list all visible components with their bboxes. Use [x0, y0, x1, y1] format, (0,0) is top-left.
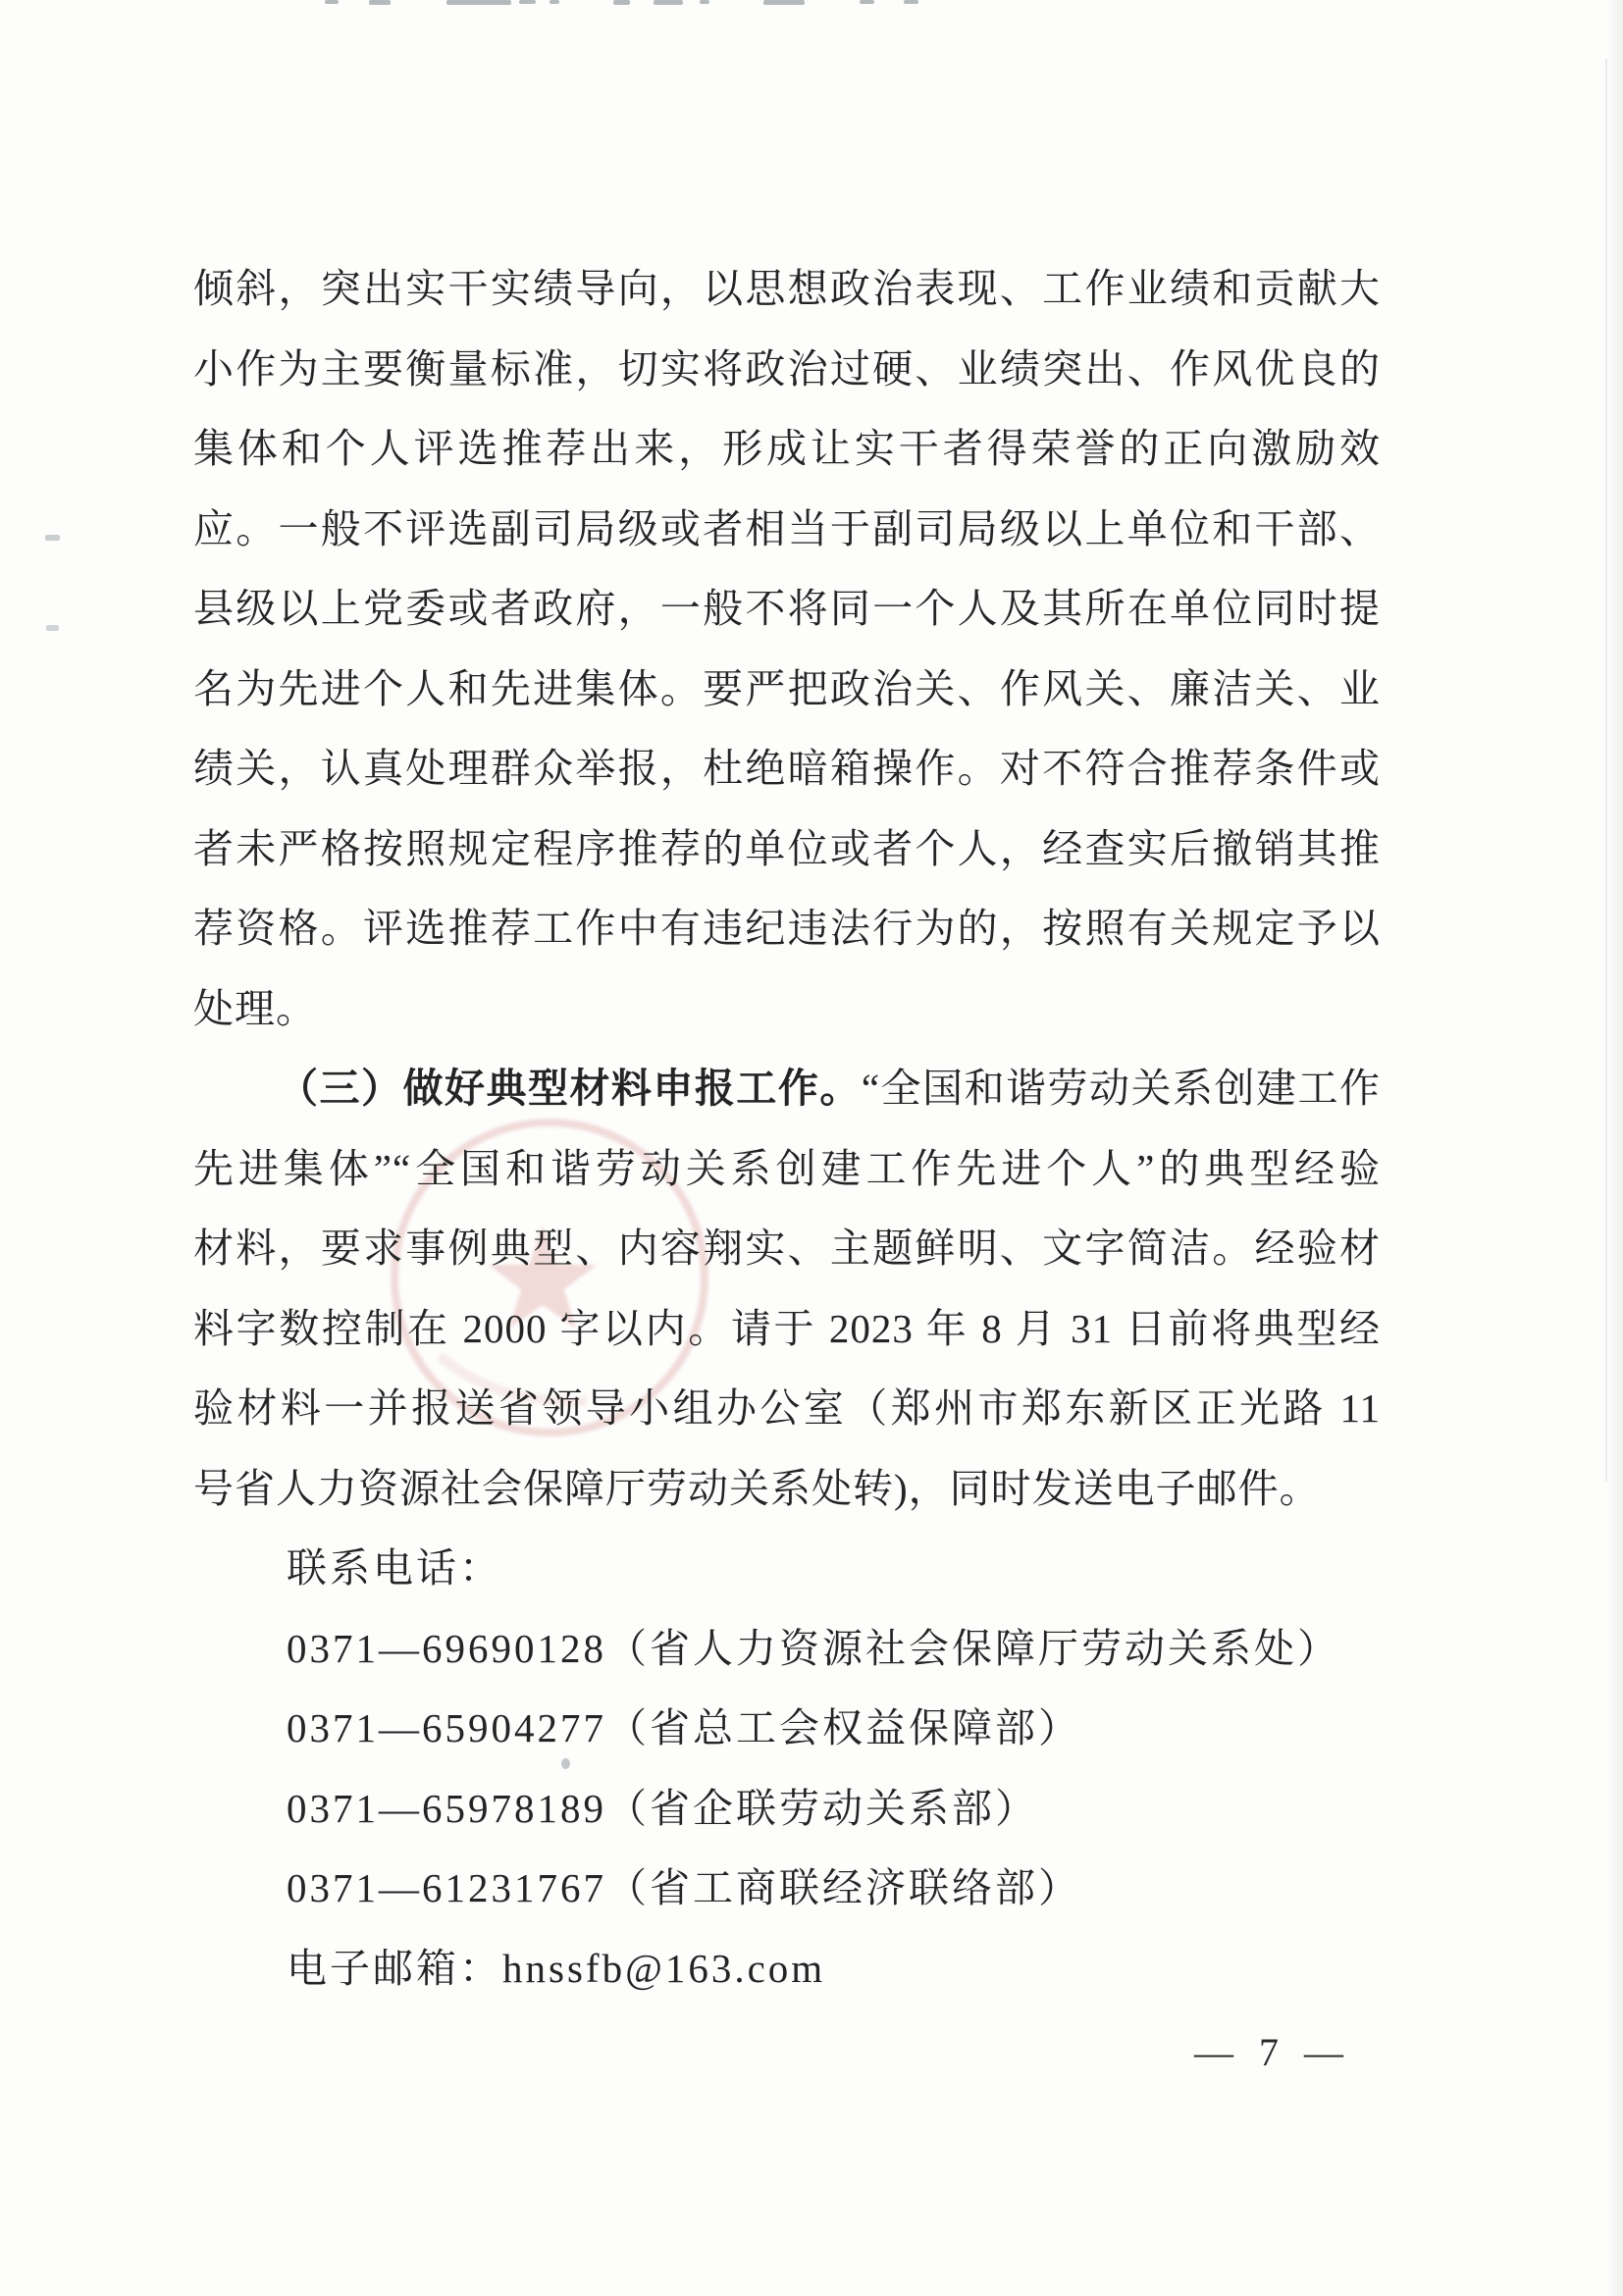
scan-artifact — [369, 0, 391, 5]
body-line: 集体和个人评选推荐出来，形成让实干者得荣誉的正向激励效 — [193, 409, 1381, 490]
phone-line: 0371—61231767（省工商联经济联络部） — [193, 1849, 1381, 1929]
phone-line: 0371—65978189（省企联劳动关系部） — [193, 1769, 1381, 1850]
scan-artifact — [46, 625, 59, 631]
scan-artifact — [613, 0, 630, 5]
page-number: — 7 — — [1166, 2023, 1372, 2082]
body-line: 处理。 — [193, 969, 1381, 1050]
email-label: 电子邮箱： — [287, 1946, 502, 1991]
phone-line: 0371—65904277（省总工会权益保障部） — [193, 1689, 1381, 1769]
body-line: 验材料一并报送省领导小组办公室（郑州市郑东新区正光路 11 — [193, 1369, 1381, 1449]
scan-artifact — [860, 0, 874, 4]
paragraph-heading: （三）做好典型材料申报工作。 — [278, 1066, 862, 1111]
scan-artifact — [904, 0, 918, 4]
scan-artifact — [446, 0, 511, 5]
scanned-document-page: 倾斜，突出实干实绩导向，以思想政治表现、工作业绩和贡献大 小作为主要衡量标准，切… — [0, 0, 1623, 2296]
body-line: 应。一般不评选副司局级或者相当于副司局级以上单位和干部、 — [193, 490, 1381, 570]
scan-artifact — [654, 0, 683, 5]
body-line: 者未严格按照规定程序推荐的单位或者个人，经查实后撤销其推 — [193, 809, 1381, 890]
body-line: 县级以上党委或者政府，一般不将同一个人及其所在单位同时提 — [193, 569, 1381, 650]
body-line: 材料，要求事例典型、内容翔实、主题鲜明、文字简洁。经验材 — [193, 1209, 1381, 1289]
scan-artifact — [700, 0, 709, 4]
body-line: 荐资格。评选推荐工作中有违纪违法行为的，按照有关规定予以 — [193, 889, 1381, 969]
heading-line-rest: “全国和谐劳动关系创建工作 — [862, 1066, 1381, 1111]
scan-artifact — [550, 0, 559, 4]
body-line: 料字数控制在 2000 字以内。请于 2023 年 8 月 31 日前将典型经 — [193, 1289, 1381, 1370]
scan-artifact — [763, 0, 805, 5]
document-body: 倾斜，突出实干实绩导向，以思想政治表现、工作业绩和贡献大 小作为主要衡量标准，切… — [193, 249, 1381, 2009]
scan-artifact — [325, 0, 339, 4]
email-address: hnssfb@163.com — [502, 1946, 825, 1991]
phone-line: 0371—69690128（省人力资源社会保障厅劳动关系处） — [193, 1609, 1381, 1690]
body-line: 号省人力资源社会保障厅劳动关系处转)，同时发送电子邮件。 — [193, 1449, 1381, 1530]
body-line: 倾斜，突出实干实绩导向，以思想政治表现、工作业绩和贡献大 — [193, 249, 1381, 330]
scan-edge-shading — [1607, 0, 1623, 2296]
heading-line: （三）做好典型材料申报工作。“全国和谐劳动关系创建工作 — [193, 1049, 1381, 1129]
body-line: 名为先进个人和先进集体。要严把政治关、作风关、廉洁关、业 — [193, 650, 1381, 730]
contact-label-line: 联系电话： — [193, 1529, 1381, 1609]
body-line: 绩关，认真处理群众举报，杜绝暗箱操作。对不符合推荐条件或 — [193, 729, 1381, 809]
scan-artifact — [519, 0, 536, 4]
body-line: 小作为主要衡量标准，切实将政治过硬、业绩突出、作风优良的 — [193, 330, 1381, 410]
scan-artifact — [45, 535, 60, 541]
body-line: 先进集体”“全国和谐劳动关系创建工作先进个人”的典型经验 — [193, 1129, 1381, 1210]
email-line: 电子邮箱：hnssfb@163.com — [193, 1929, 1381, 2009]
